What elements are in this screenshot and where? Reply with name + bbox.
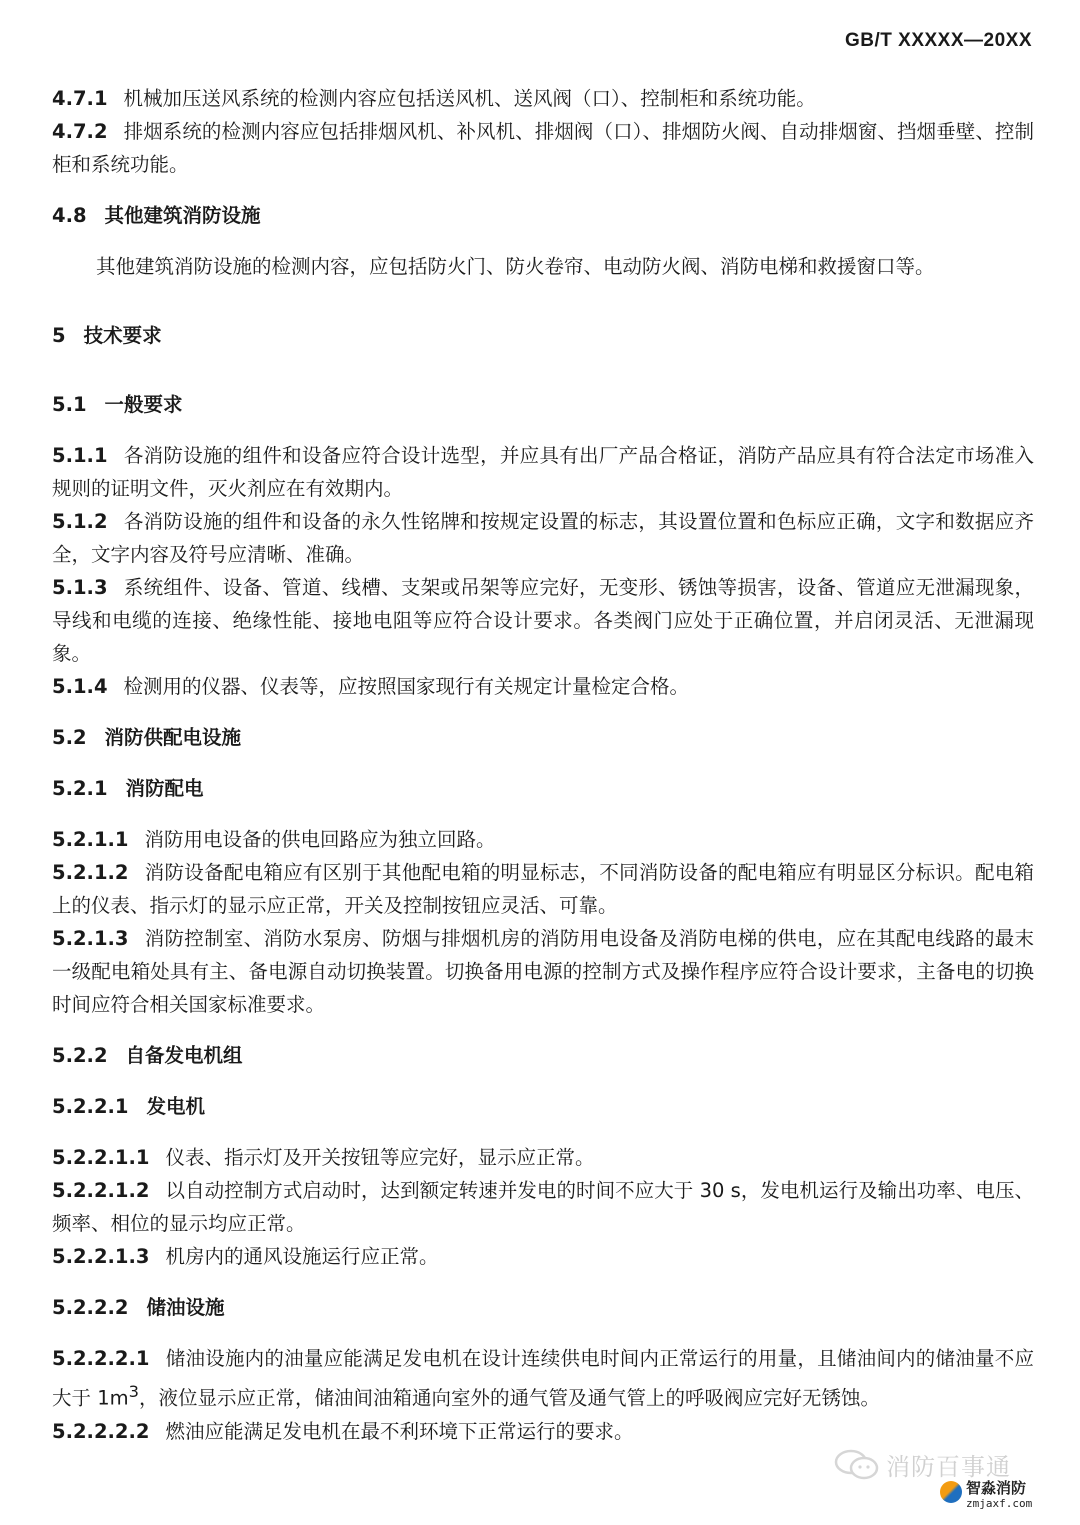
clause-5-2-1-2: 5.2.1.2消防设备配电箱应有区别于其他配电箱的明显标志，不同消防设备的配电箱… bbox=[52, 856, 1034, 922]
clause-5-2-2-1-1: 5.2.2.1.1仪表、指示灯及开关按钮等应完好，显示应正常。 bbox=[52, 1141, 1034, 1174]
clause-5-2-2-1-3: 5.2.2.1.3机房内的通风设施运行应正常。 bbox=[52, 1240, 1034, 1273]
clause-5-2-2-2-2: 5.2.2.2.2燃油应能满足发电机在最不利环境下正常运行的要求。 bbox=[52, 1415, 1034, 1448]
heading-5-2: 5.2消防供配电设施 bbox=[52, 721, 1034, 754]
document-body: 4.7.1机械加压送风系统的检测内容应包括送风机、送风阀（口）、控制柜和系统功能… bbox=[52, 82, 1034, 1448]
clause-5-2-1-3: 5.2.1.3消防控制室、消防水泵房、防烟与排烟机房的消防用电设备及消防电梯的供… bbox=[52, 922, 1034, 1021]
heading-5: 5技术要求 bbox=[52, 319, 1034, 352]
clause-5-2-1-1: 5.2.1.1消防用电设备的供电回路应为独立回路。 bbox=[52, 823, 1034, 856]
clause-5-1-4: 5.1.4检测用的仪器、仪表等，应按照国家现行有关规定计量检定合格。 bbox=[52, 670, 1034, 703]
clause-4-7-1: 4.7.1机械加压送风系统的检测内容应包括送风机、送风阀（口）、控制柜和系统功能… bbox=[52, 82, 1034, 115]
heading-5-2-2: 5.2.2自备发电机组 bbox=[52, 1039, 1034, 1072]
clause-5-1-1: 5.1.1各消防设施的组件和设备应符合设计选型，并应具有出厂产品合格证，消防产品… bbox=[52, 439, 1034, 505]
heading-5-2-1: 5.2.1消防配电 bbox=[52, 772, 1034, 805]
clause-5-1-3: 5.1.3系统组件、设备、管道、线槽、支架或吊架等应完好，无变形、锈蚀等损害，设… bbox=[52, 571, 1034, 670]
wechat-icon bbox=[834, 1449, 880, 1481]
heading-5-2-2-2: 5.2.2.2储油设施 bbox=[52, 1291, 1034, 1324]
heading-5-1: 5.1一般要求 bbox=[52, 388, 1034, 421]
watermark: 消防百事通 智淼消防 zmjaxf.com bbox=[834, 1447, 1044, 1515]
clause-5-1-2: 5.1.2各消防设施的组件和设备的永久性铭牌和按规定设置的标志，其设置位置和色标… bbox=[52, 505, 1034, 571]
watermark-site: zmjaxf.com bbox=[966, 1497, 1032, 1510]
heading-5-2-2-1: 5.2.2.1发电机 bbox=[52, 1090, 1034, 1123]
brand-logo-icon bbox=[940, 1481, 962, 1503]
heading-4-8: 4.8其他建筑消防设施 bbox=[52, 199, 1034, 232]
clause-5-2-2-1-2: 5.2.2.1.2以自动控制方式启动时，达到额定转速并发电的时间不应大于 30 … bbox=[52, 1174, 1034, 1240]
standard-code: GB/T XXXXX—20XX bbox=[845, 30, 1032, 52]
clause-4-8-body: 其他建筑消防设施的检测内容，应包括防火门、防火卷帘、电动防火阀、消防电梯和救援窗… bbox=[52, 250, 1034, 283]
clause-5-2-2-2-1: 5.2.2.2.1储油设施内的油量应能满足发电机在设计连续供电时间内正常运行的用… bbox=[52, 1342, 1034, 1415]
clause-4-7-2: 4.7.2排烟系统的检测内容应包括排烟风机、补风机、排烟阀（口）、排烟防火阀、自… bbox=[52, 115, 1034, 181]
watermark-brand-name: 智淼消防 bbox=[966, 1477, 1026, 1498]
